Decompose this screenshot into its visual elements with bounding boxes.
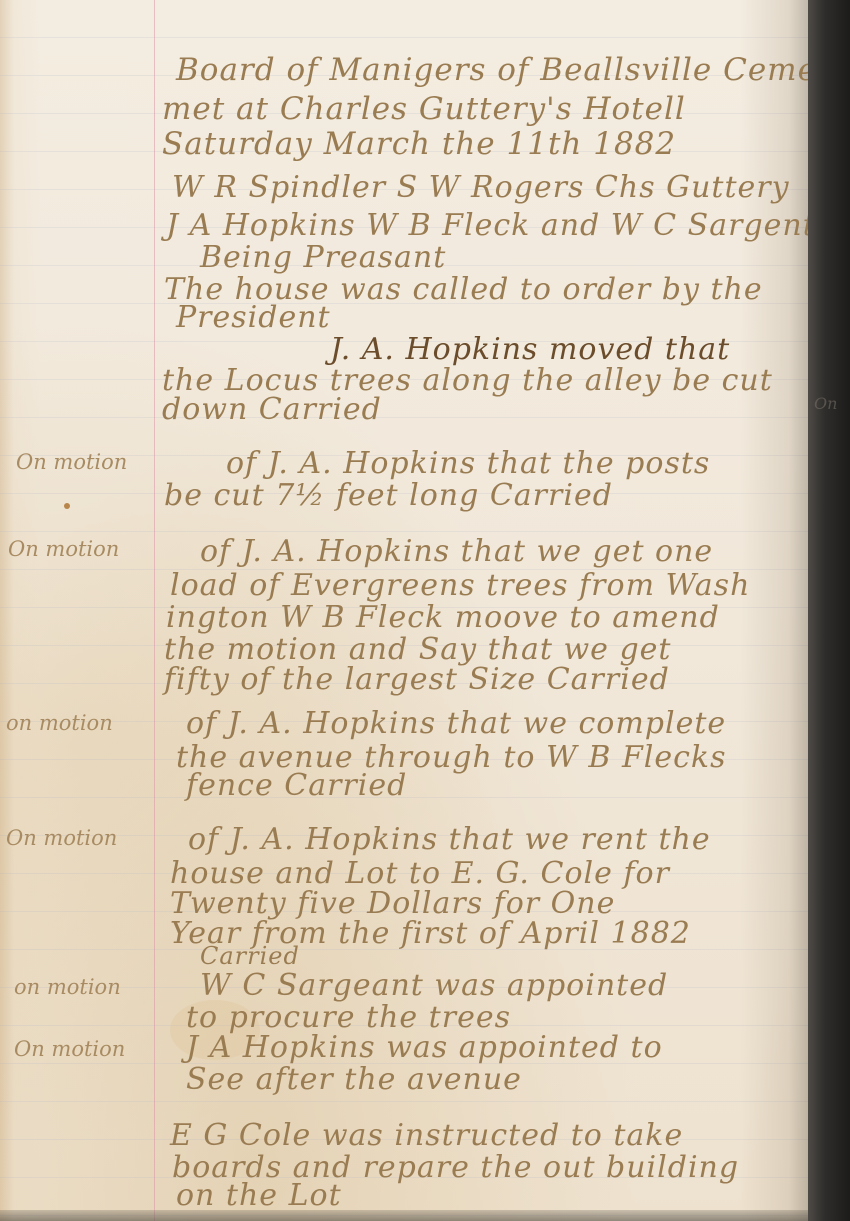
opening-line-3: J. A. Hopkins moved that [330,332,730,367]
motion-2-line-5: fifty of the largest Size Carried [164,662,670,697]
book-binding [808,0,850,1221]
attendance-line-2: J A Hopkins W B Fleck and W C Sargent [166,208,816,243]
motion-1-line-2: be cut 7½ feet long Carried [164,478,613,513]
motion-2-line-1: of J. A. Hopkins that we get one [200,534,713,569]
margin-label-motion-6: On motion [14,1037,125,1061]
motion-1-line-1: of J. A. Hopkins that the posts [226,446,710,481]
ink-spot [64,503,70,509]
page-bottom-edge [0,1210,810,1221]
facing-page-text: On [814,394,837,413]
motion-5-line-1: W C Sargeant was appointed [200,968,668,1003]
attendance-line-1: W R Spindler S W Rogers Chs Guttery [172,170,790,205]
motion-6-line-2: See after the avenue [186,1062,522,1097]
margin-label-motion-5: on motion [14,975,121,999]
motion-2-line-3: ington W B Fleck moove to amend [166,600,720,635]
motion-3-line-1: of J. A. Hopkins that we complete [186,706,726,741]
margin-label-motion-1: On motion [16,450,127,474]
motion-2-line-2: load of Evergreens trees from Wash [170,568,750,603]
ledger-page: Board of Manigers of Beallsville Cemeter… [0,0,850,1221]
closing-line-3: on the Lot [176,1178,342,1213]
motion-4-line-5: Carried [200,942,300,970]
attendance-line-3: Being Preasant [200,240,446,275]
motion-4-line-1: of J. A. Hopkins that we rent the [188,822,711,857]
closing-line-1: E G Cole was instructed to take [170,1118,683,1153]
margin-rule [154,0,155,1221]
margin-label-motion-4: On motion [6,826,117,850]
margin-label-motion-3: on motion [6,711,113,735]
heading-line-2: met at Charles Guttery's Hotell [162,91,686,127]
opening-line-5: down Carried [162,392,382,427]
opening-line-2: President [176,300,331,335]
motion-6-line-1: J A Hopkins was appointed to [186,1030,663,1065]
margin-label-motion-2: On motion [8,537,119,561]
heading-line-3: Saturday March the 11th 1882 [162,126,676,162]
heading-line-1: Board of Manigers of Beallsville Cemeter… [176,52,850,88]
motion-3-line-3: fence Carried [186,768,407,803]
